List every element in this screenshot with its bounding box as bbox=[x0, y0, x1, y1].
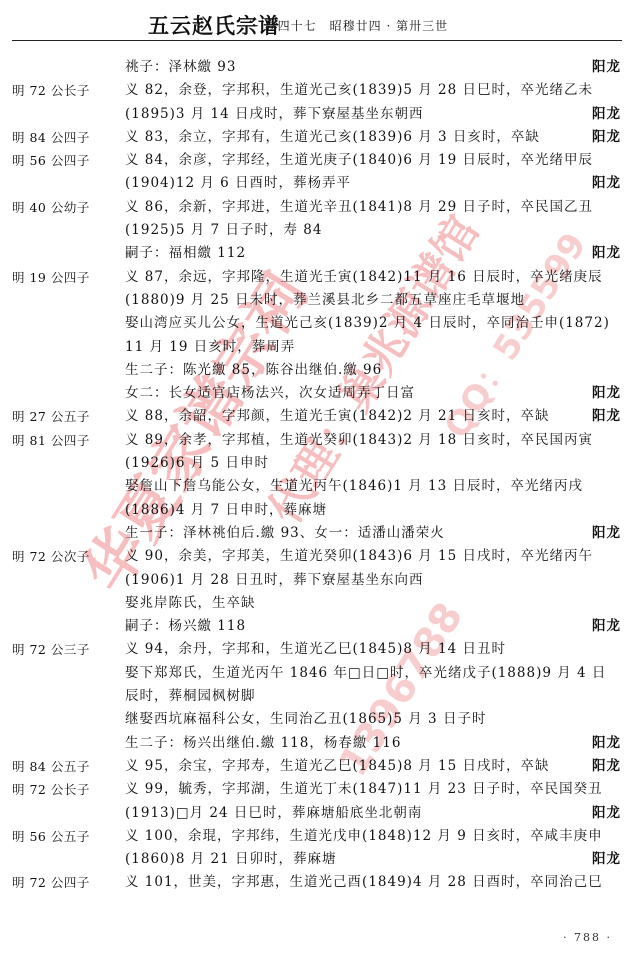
entry-line: 明 72 公长子义 99，毓秀，字邦湖，生道光丁未(1847)11 月 23 日… bbox=[0, 778, 635, 801]
header-divider bbox=[12, 40, 622, 41]
entry-line: (1925)5 月 7 日子时，寿 84 bbox=[0, 219, 635, 242]
entry-line: 生二子：陈光繳 85，陈谷出继伯.繳 96 bbox=[0, 359, 635, 382]
father-reference: 明 81 公四子 bbox=[12, 429, 90, 452]
entry-line: 生一子：泽林祧伯后.繳 93、女一：适潘山潘荣火阳龙 bbox=[0, 522, 635, 545]
entry-text: 义 90，余美，字邦美，生道光癸卯(1843)6 月 15 日戌时，卒光绪丙午 bbox=[125, 545, 593, 568]
entry-line: 明 56 公五子义 100，余琨，字邦纬，生道光戊申(1848)12 月 9 日… bbox=[0, 825, 635, 848]
entry-text: 义 95，余宝，字邦寿，生道光乙巳(1845)8 月 15 日戌时，卒缺 bbox=[125, 755, 550, 778]
branch-name: 阳龙 bbox=[592, 848, 621, 871]
entry-text: 生一子：泽林祧伯后.繳 93、女一：适潘山潘荣火 bbox=[125, 522, 445, 545]
branch-name: 阳龙 bbox=[592, 522, 621, 545]
entry-text: 义 87，余远，字邦隆，生道光壬寅(1842)11 月 16 日辰时，卒光绪庚辰 bbox=[125, 266, 603, 289]
entry-line: 明 81 公四子义 89，余孝，字邦植，生道光癸卯(1843)2 月 18 日亥… bbox=[0, 429, 635, 452]
entry-text: (1926)6 月 5 日申时 bbox=[125, 452, 269, 475]
entry-line: 生二子：杨兴出继伯.繳 118，杨春繳 116阳龙 bbox=[0, 732, 635, 755]
branch-name: 阳龙 bbox=[592, 56, 621, 79]
father-reference: 明 19 公四子 bbox=[12, 266, 90, 289]
entry-text: 娶詹山下詹乌能公女，生道光丙午(1846)1 月 13 日辰时，卒光绪丙戌 bbox=[125, 475, 583, 498]
father-reference: 明 40 公幼子 bbox=[12, 196, 90, 219]
entry-line: 辰时，葬桐园枫树脚 bbox=[0, 685, 635, 708]
entry-text: (1895)3 月 14 日戌时，葬下寮屋基坐东朝西 bbox=[125, 103, 424, 126]
entry-line: (1926)6 月 5 日申时 bbox=[0, 452, 635, 475]
entry-text: 娶山湾应买儿公女，生道光己亥(1839)2 月 4 日辰时，卒同治壬申(1872… bbox=[125, 312, 610, 335]
entry-text: 义 100，余琨，字邦纬，生道光戊申(1848)12 月 9 日亥时，卒咸丰庚申 bbox=[125, 825, 603, 848]
entry-line: 明 72 公四子义 101，世美，字邦惠，生道光己酉(1849)4 月 28 日… bbox=[0, 871, 635, 894]
entry-line: 明 72 公三子义 94，余丹，字邦和，生道光乙巳(1845)8 月 14 日丑… bbox=[0, 638, 635, 661]
entry-text: 嗣子：福相繳 112 bbox=[125, 242, 246, 265]
entry-line: 明 84 公四子义 83，余立，字邦有，生道光己亥(1839)6 月 3 日亥时… bbox=[0, 126, 635, 149]
volume-subtitle: · 卷四十七 昭穆廿四 · 第卅三世 bbox=[255, 17, 448, 34]
entry-line: 明 84 公五子义 95，余宝，字邦寿，生道光乙巳(1845)8 月 15 日戌… bbox=[0, 755, 635, 778]
branch-name: 阳龙 bbox=[592, 615, 621, 638]
entry-text: 娶下郑郑氏，生道光丙午 1846 年□日□时，卒光绪戊子(1888)9 月 4 … bbox=[125, 662, 606, 685]
entry-text: 义 86，余新，字邦进，生道光辛丑(1841)8 月 29 日子时，卒民国乙丑 bbox=[125, 196, 593, 219]
page-header: 五云赵氏宗谱 · 卷四十七 昭穆廿四 · 第卅三世 bbox=[0, 0, 635, 42]
entry-line: 明 72 公次子义 90，余美，字邦美，生道光癸卯(1843)6 月 15 日戌… bbox=[0, 545, 635, 568]
entry-line: 明 40 公幼子义 86，余新，字邦进，生道光辛丑(1841)8 月 29 日子… bbox=[0, 196, 635, 219]
entry-line: (1895)3 月 14 日戌时，葬下寮屋基坐东朝西阳龙 bbox=[0, 103, 635, 126]
entry-text: (1913)□月 24 日巳时，葬麻塘船底坐北朝南 bbox=[125, 802, 422, 825]
entry-line: 娶山湾应买儿公女，生道光己亥(1839)2 月 4 日辰时，卒同治壬申(1872… bbox=[0, 312, 635, 335]
entry-line: 明 27 公五子义 88，余韶，字邦颜，生道光壬寅(1842)2 月 21 日亥… bbox=[0, 405, 635, 428]
father-reference: 明 72 公长子 bbox=[12, 79, 90, 102]
entry-text: 女二：长女适官店杨法兴，次女适周弄丁日富 bbox=[125, 382, 415, 405]
entry-line: (1880)9 月 25 日未时，葬兰溪县北乡二都五草座庄毛草堰地 bbox=[0, 289, 635, 312]
father-reference: 明 84 公五子 bbox=[12, 755, 90, 778]
entry-line: (1904)12 月 6 日酉时，葬杨弄平阳龙 bbox=[0, 172, 635, 195]
branch-name: 阳龙 bbox=[592, 242, 621, 265]
entry-line: 继娶西坑麻福科公女，生同治乙丑(1865)5 月 3 日子时 bbox=[0, 708, 635, 731]
entry-line: 娶下郑郑氏，生道光丙午 1846 年□日□时，卒光绪戊子(1888)9 月 4 … bbox=[0, 662, 635, 685]
entry-text: 义 99，毓秀，字邦湖，生道光丁未(1847)11 月 23 日子时，卒民国癸丑 bbox=[125, 778, 603, 801]
father-reference: 明 84 公四子 bbox=[12, 126, 90, 149]
entry-line: 祧子：泽林繳 93阳龙 bbox=[0, 56, 635, 79]
branch-name: 阳龙 bbox=[592, 172, 621, 195]
entry-text: 嗣子：杨兴繳 118 bbox=[125, 615, 246, 638]
entry-text: (1886)4 月 7 日申时，葬麻塘 bbox=[125, 499, 327, 522]
entry-text: 娶兆岸陈氏，生卒缺 bbox=[125, 592, 256, 615]
branch-name: 阳龙 bbox=[592, 755, 621, 778]
entry-line: (1860)8 月 21 日卯时，葬麻塘阳龙 bbox=[0, 848, 635, 871]
entry-line: 11 月 19 日亥时，葬周弄 bbox=[0, 336, 635, 359]
father-reference: 明 72 公三子 bbox=[12, 638, 90, 661]
branch-name: 阳龙 bbox=[592, 126, 621, 149]
branch-name: 阳龙 bbox=[592, 103, 621, 126]
genealogy-entries: 祧子：泽林繳 93阳龙明 72 公长子义 82，余登，字邦积，生道光己亥(183… bbox=[0, 56, 635, 895]
entry-text: (1906)1 月 28 日丑时，葬下寮屋基坐东向西 bbox=[125, 569, 424, 592]
entry-line: (1913)□月 24 日巳时，葬麻塘船底坐北朝南阳龙 bbox=[0, 802, 635, 825]
entry-line: 娶詹山下詹乌能公女，生道光丙午(1846)1 月 13 日辰时，卒光绪丙戌 bbox=[0, 475, 635, 498]
entry-text: (1925)5 月 7 日子时，寿 84 bbox=[125, 219, 322, 242]
entry-text: 继娶西坑麻福科公女，生同治乙丑(1865)5 月 3 日子时 bbox=[125, 708, 486, 731]
entry-line: (1886)4 月 7 日申时，葬麻塘 bbox=[0, 499, 635, 522]
branch-name: 阳龙 bbox=[592, 802, 621, 825]
entry-text: 生二子：杨兴出继伯.繳 118，杨春繳 116 bbox=[125, 732, 401, 755]
father-reference: 明 27 公五子 bbox=[12, 405, 90, 428]
father-reference: 明 72 公次子 bbox=[12, 545, 90, 568]
entry-text: 生二子：陈光繳 85，陈谷出继伯.繳 96 bbox=[125, 359, 382, 382]
entry-text: 义 83，余立，字邦有，生道光己亥(1839)6 月 3 日亥时，卒缺 bbox=[125, 126, 540, 149]
entry-text: 义 89，余孝，字邦植，生道光癸卯(1843)2 月 18 日亥时，卒民国丙寅 bbox=[125, 429, 593, 452]
page-number: · 788 · bbox=[563, 931, 612, 944]
entry-line: 明 72 公长子义 82，余登，字邦积，生道光己亥(1839)5 月 28 日巳… bbox=[0, 79, 635, 102]
branch-name: 阳龙 bbox=[592, 405, 621, 428]
entry-line: 明 56 公四子义 84，余彦，字邦经，生道光庚子(1840)6 月 19 日辰… bbox=[0, 149, 635, 172]
entry-text: 祧子：泽林繳 93 bbox=[125, 56, 236, 79]
entry-text: 义 101，世美，字邦惠，生道光己酉(1849)4 月 28 日酉时，卒同治己巳 bbox=[125, 871, 603, 894]
branch-name: 阳龙 bbox=[592, 732, 621, 755]
father-reference: 明 72 公四子 bbox=[12, 871, 90, 894]
entry-line: (1906)1 月 28 日丑时，葬下寮屋基坐东向西 bbox=[0, 569, 635, 592]
branch-name: 阳龙 bbox=[592, 382, 621, 405]
entry-line: 明 19 公四子义 87，余远，字邦隆，生道光壬寅(1842)11 月 16 日… bbox=[0, 266, 635, 289]
father-reference: 明 56 公四子 bbox=[12, 149, 90, 172]
entry-line: 女二：长女适官店杨法兴，次女适周弄丁日富阳龙 bbox=[0, 382, 635, 405]
entry-line: 嗣子：福相繳 112阳龙 bbox=[0, 242, 635, 265]
entry-text: 11 月 19 日亥时，葬周弄 bbox=[125, 336, 295, 359]
entry-text: 义 88，余韶，字邦颜，生道光壬寅(1842)2 月 21 日亥时，卒缺 bbox=[125, 405, 550, 428]
entry-text: (1904)12 月 6 日酉时，葬杨弄平 bbox=[125, 172, 351, 195]
entry-text: 义 82，余登，字邦积，生道光己亥(1839)5 月 28 日巳时，卒光绪乙未 bbox=[125, 79, 593, 102]
entry-line: 嗣子：杨兴繳 118阳龙 bbox=[0, 615, 635, 638]
entry-text: 义 94，余丹，字邦和，生道光乙巳(1845)8 月 14 日丑时 bbox=[125, 638, 506, 661]
entry-text: 义 84，余彦，字邦经，生道光庚子(1840)6 月 19 日辰时，卒光绪甲辰 bbox=[125, 149, 593, 172]
father-reference: 明 56 公五子 bbox=[12, 825, 90, 848]
entry-text: (1880)9 月 25 日未时，葬兰溪县北乡二都五草座庄毛草堰地 bbox=[125, 289, 525, 312]
entry-line: 娶兆岸陈氏，生卒缺 bbox=[0, 592, 635, 615]
entry-text: (1860)8 月 21 日卯时，葬麻塘 bbox=[125, 848, 337, 871]
father-reference: 明 72 公长子 bbox=[12, 778, 90, 801]
entry-text: 辰时，葬桐园枫树脚 bbox=[125, 685, 256, 708]
